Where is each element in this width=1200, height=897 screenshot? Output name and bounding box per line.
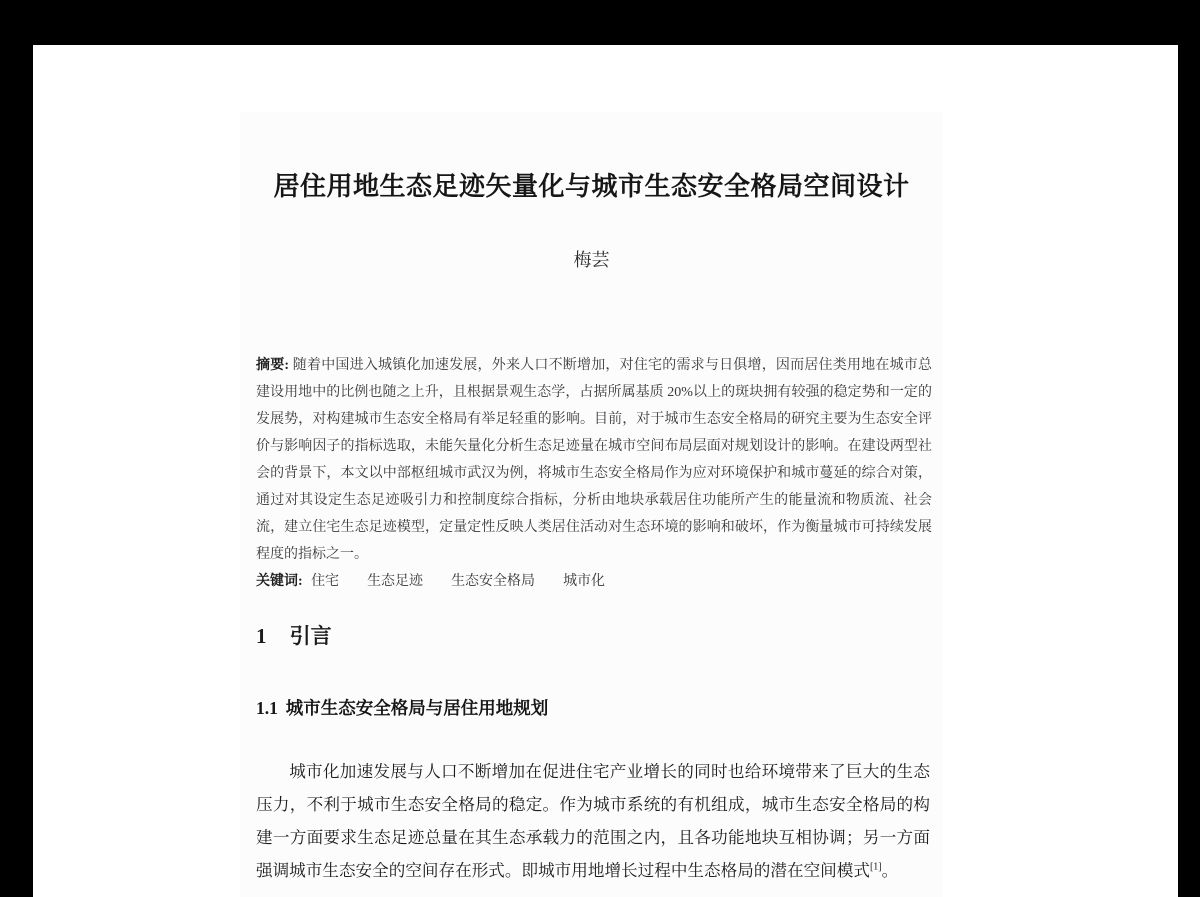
author-name: 梅芸 — [240, 246, 943, 272]
keyword-item: 生态足迹 — [367, 574, 423, 589]
document-page: 居住用地生态足迹矢量化与城市生态安全格局空间设计 梅芸 摘要: 随着中国进入城镇… — [33, 45, 1178, 897]
scanned-content-region: 居住用地生态足迹矢量化与城市生态安全格局空间设计 梅芸 摘要: 随着中国进入城镇… — [240, 112, 943, 897]
paragraph-text-end: 。 — [882, 861, 899, 880]
section-heading-1: 1引言 — [256, 620, 332, 650]
citation-marker: [1] — [870, 861, 882, 872]
abstract-text: 随着中国进入城镇化加速发展，外来人口不断增加，对住宅的需求与日俱增，因而居住类用… — [256, 358, 932, 562]
paper-title: 居住用地生态足迹矢量化与城市生态安全格局空间设计 — [240, 166, 943, 203]
keywords-label: 关键词: — [256, 574, 303, 589]
section-number: 1 — [256, 624, 267, 648]
document-viewer: 居住用地生态足迹矢量化与城市生态安全格局空间设计 梅芸 摘要: 随着中国进入城镇… — [0, 0, 1200, 897]
body-paragraph: 城市化加速发展与人口不断增加在促进住宅产业增长的同时也给环境带来了巨大的生态压力… — [256, 755, 930, 887]
abstract-label: 摘要: — [256, 358, 289, 373]
abstract-paragraph: 摘要: 随着中国进入城镇化加速发展，外来人口不断增加，对住宅的需求与日俱增，因而… — [256, 352, 932, 568]
keyword-item: 住宅 — [311, 574, 339, 589]
keyword-item: 城市化 — [563, 574, 605, 589]
keyword-item: 生态安全格局 — [451, 574, 535, 589]
section-heading-1-1: 1.1城市生态安全格局与居住用地规划 — [256, 695, 548, 720]
section-title: 城市生态安全格局与居住用地规划 — [286, 698, 549, 718]
section-number: 1.1 — [256, 698, 278, 718]
section-title: 引言 — [290, 624, 332, 648]
paragraph-text: 城市化加速发展与人口不断增加在促进住宅产业增长的同时也给环境带来了巨大的生态压力… — [256, 762, 930, 880]
keywords-line: 关键词:住宅生态足迹生态安全格局城市化 — [256, 568, 932, 595]
